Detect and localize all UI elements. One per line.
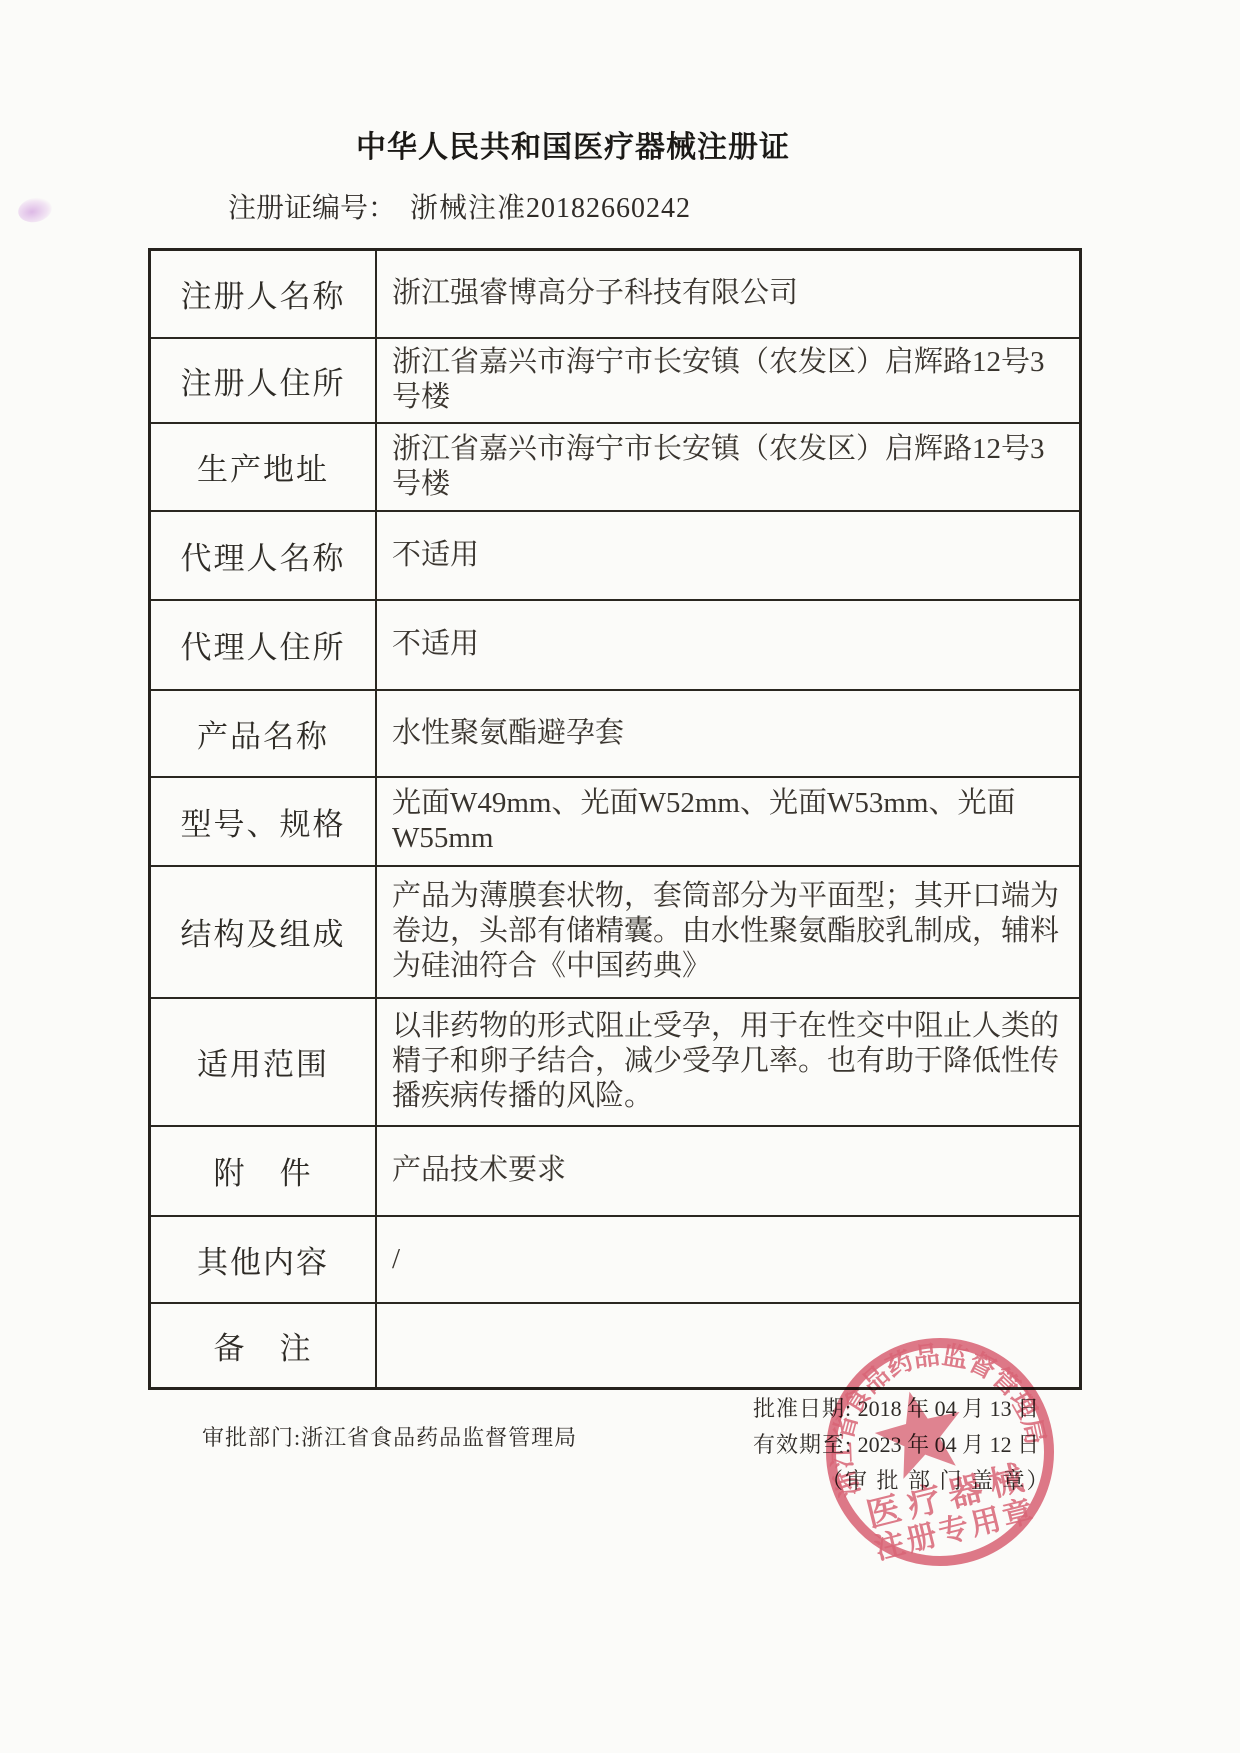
table-row: 生产地址 浙江省嘉兴市海宁市长安镇（农发区）启辉路12号3号楼 — [150, 423, 1081, 511]
registration-number-line: 注册证编号：浙械注准20182660242 — [228, 186, 691, 226]
row-value: 不适用 — [376, 600, 1081, 690]
seal-note: （审 批 部 门 盖 章） — [821, 1463, 1113, 1499]
certificate-table: 注册人名称 浙江强睿博高分子科技有限公司 注册人住所 浙江省嘉兴市海宁市长安镇（… — [148, 248, 1082, 1390]
row-label: 注册人住所 — [150, 338, 377, 423]
valid-until-value: 2023 年 04 月 12 日 — [858, 1432, 1040, 1457]
row-value: 浙江省嘉兴市海宁市长安镇（农发区）启辉路12号3号楼 — [376, 423, 1081, 511]
row-value: 浙江省嘉兴市海宁市长安镇（农发区）启辉路12号3号楼 — [376, 338, 1081, 423]
row-value: 不适用 — [376, 511, 1081, 600]
row-value: / — [376, 1216, 1081, 1303]
row-label: 代理人名称 — [150, 511, 377, 600]
row-label: 备 注 — [150, 1303, 377, 1389]
row-value: 产品为薄膜套状物，套筒部分为平面型；其开口端为卷边，头部有储精囊。由水性聚氨酯胶… — [376, 866, 1081, 998]
row-label: 代理人住所 — [150, 600, 377, 690]
row-label: 型号、规格 — [150, 777, 377, 866]
table-row: 备 注 — [150, 1303, 1081, 1389]
row-label: 生产地址 — [150, 423, 377, 511]
row-value — [376, 1303, 1081, 1389]
certificate-page: 中华人民共和国医疗器械注册证 注册证编号：浙械注准20182660242 注册人… — [0, 0, 1240, 1753]
valid-until-label: 有效期至: — [753, 1432, 852, 1457]
approval-date-value: 2018 年 04 月 13 日 — [858, 1396, 1040, 1421]
row-label: 注册人名称 — [150, 250, 377, 338]
registration-number-label: 注册证编号： — [228, 193, 396, 224]
scan-artifact — [16, 195, 54, 226]
row-value: 产品技术要求 — [376, 1126, 1081, 1216]
table-row: 附 件 产品技术要求 — [150, 1126, 1081, 1216]
table-row: 代理人名称 不适用 — [150, 511, 1081, 600]
dates-block: 批准日期: 2018 年 04 月 13 日 有效期至: 2023 年 04 月… — [753, 1391, 1113, 1499]
row-label: 其他内容 — [150, 1216, 377, 1303]
table-row: 代理人住所 不适用 — [150, 600, 1081, 690]
row-label: 产品名称 — [150, 690, 377, 777]
table-row: 型号、规格 光面W49mm、光面W52mm、光面W53mm、光面W55mm — [150, 777, 1081, 866]
row-label: 附 件 — [150, 1126, 377, 1216]
valid-until-line: 有效期至: 2023 年 04 月 12 日 — [753, 1427, 1113, 1463]
table-row: 产品名称 水性聚氨酯避孕套 — [150, 690, 1081, 777]
table-row: 注册人住所 浙江省嘉兴市海宁市长安镇（农发区）启辉路12号3号楼 — [150, 338, 1081, 423]
row-value: 水性聚氨酯避孕套 — [376, 690, 1081, 777]
row-value: 光面W49mm、光面W52mm、光面W53mm、光面W55mm — [376, 777, 1081, 866]
row-label: 适用范围 — [150, 998, 377, 1126]
approval-date-label: 批准日期: — [753, 1396, 852, 1421]
table-row: 其他内容 / — [150, 1216, 1081, 1303]
table-row: 注册人名称 浙江强睿博高分子科技有限公司 — [150, 250, 1081, 338]
approval-date-line: 批准日期: 2018 年 04 月 13 日 — [753, 1391, 1113, 1427]
row-label: 结构及组成 — [150, 866, 377, 998]
registration-number-value: 浙械注准20182660242 — [410, 193, 691, 224]
table-row: 结构及组成 产品为薄膜套状物，套筒部分为平面型；其开口端为卷边，头部有储精囊。由… — [150, 866, 1081, 998]
approval-department: 审批部门:浙江省食品药品监督管理局 — [202, 1421, 577, 1452]
seal-line2: 注册专用章 — [871, 1493, 1039, 1566]
row-value: 浙江强睿博高分子科技有限公司 — [376, 250, 1081, 338]
page-title: 中华人民共和国医疗器械注册证 — [0, 122, 1146, 166]
row-value: 以非药物的形式阻止受孕，用于在性交中阻止人类的精子和卵子结合，减少受孕几率。也有… — [376, 998, 1081, 1126]
table-row: 适用范围 以非药物的形式阻止受孕，用于在性交中阻止人类的精子和卵子结合，减少受孕… — [150, 998, 1081, 1126]
